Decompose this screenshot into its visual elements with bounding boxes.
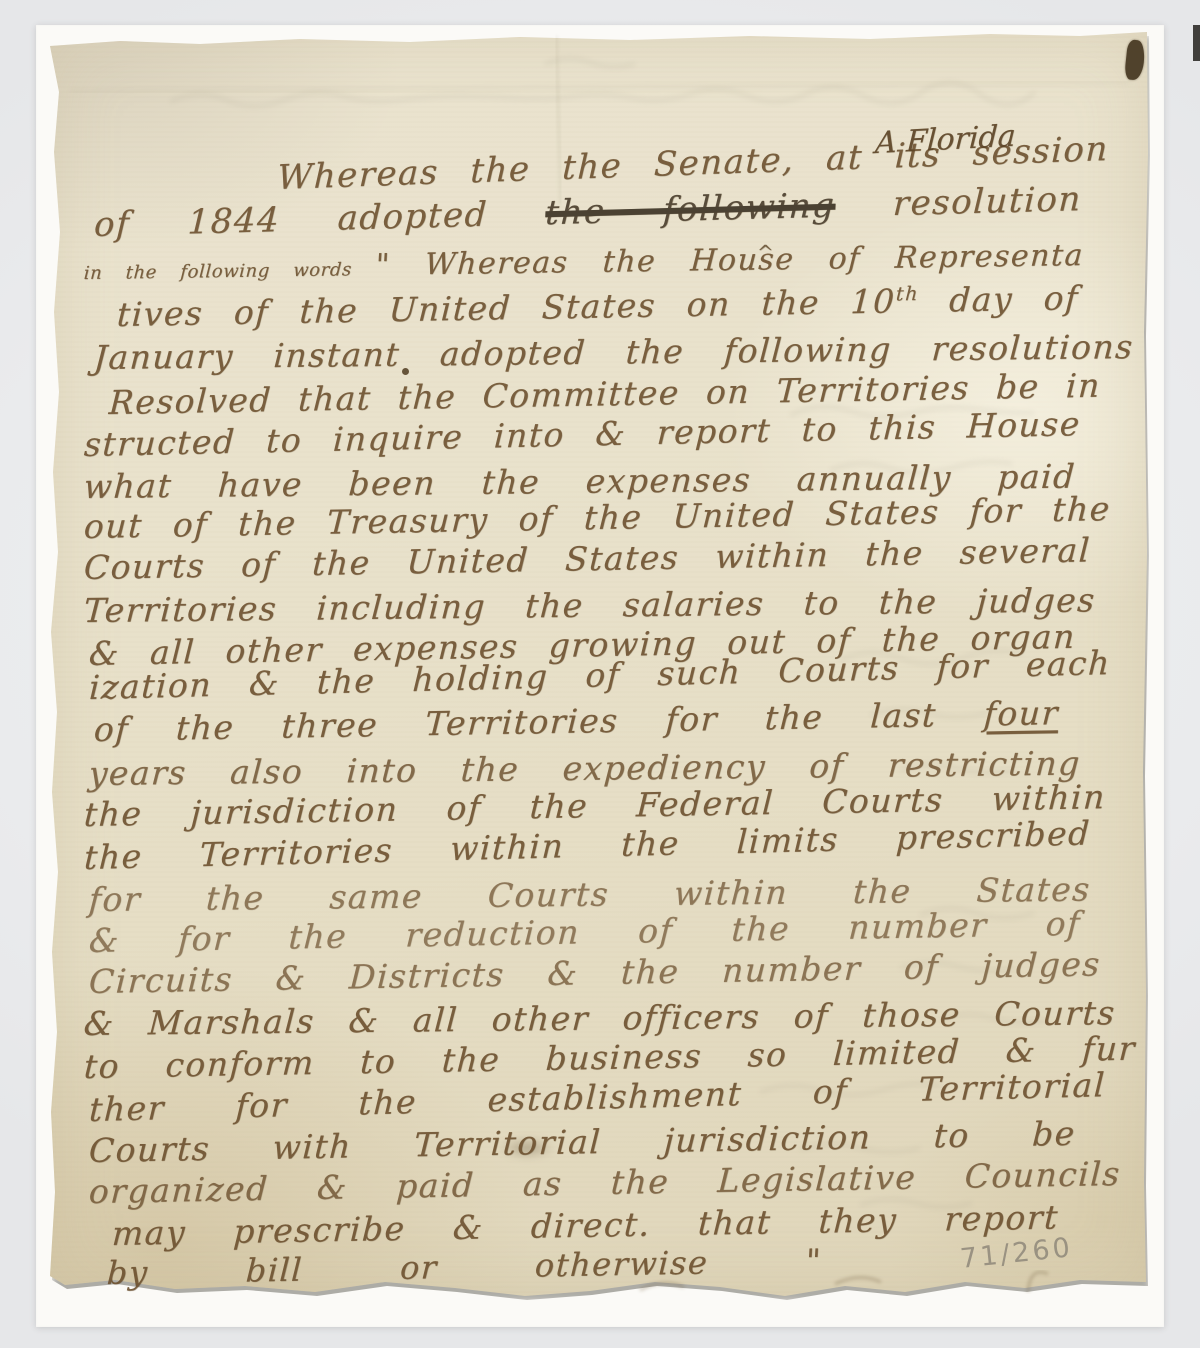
ink-smudge <box>490 1134 564 1162</box>
caret-insertion-mark: ^ <box>757 240 774 264</box>
manuscript-paper <box>50 32 1148 1298</box>
ink-dot <box>402 368 409 375</box>
annotation-top-right: A Florida <box>874 119 1016 162</box>
photo-edge-artifact <box>1193 25 1200 61</box>
scanned-document-background: Whereas the the Senate, at its sessionof… <box>0 0 1200 1348</box>
